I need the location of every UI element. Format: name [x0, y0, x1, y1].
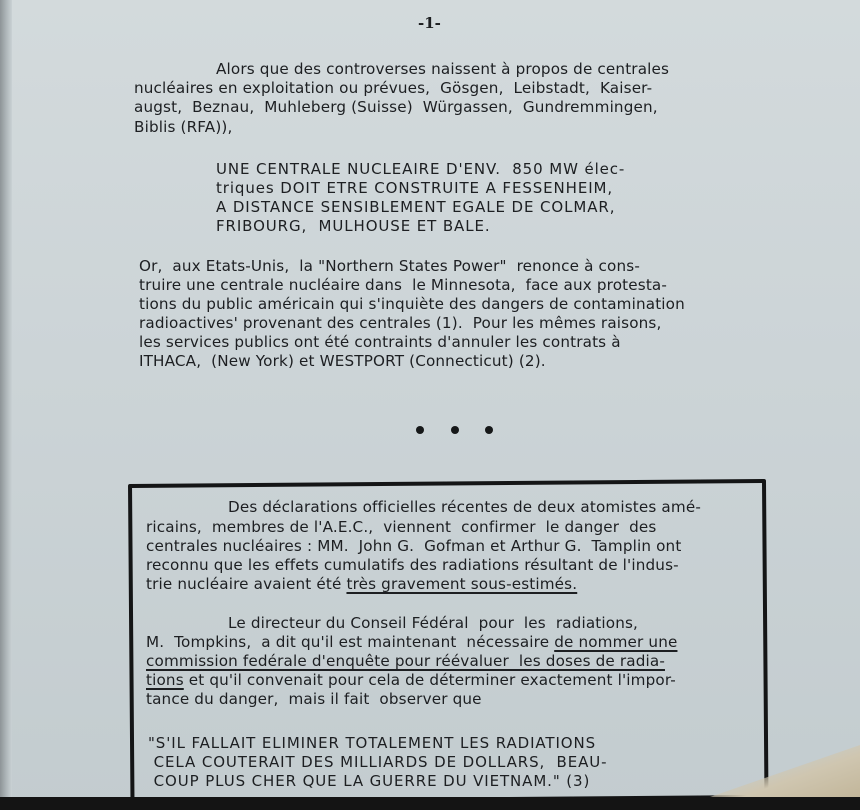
box-line-text: trie nucléaire avaient été [146, 575, 346, 593]
us-line: ITHACA, (New York) et WESTPORT (Connecti… [139, 352, 546, 370]
box-line: reconnu que les effets cumulatifs des ra… [146, 556, 679, 574]
headline-line: FRIBOURG, MULHOUSE ET BALE. [216, 217, 491, 235]
box-line: Des déclarations officielles récentes de… [228, 498, 701, 516]
page-edge-shadow [0, 0, 12, 810]
us-line: radioactives' provenant des centrales (1… [139, 314, 661, 332]
intro-line: Biblis (RFA)), [134, 118, 232, 136]
box-line: M. Tompkins, a dit qu'il est maintenant … [146, 633, 677, 651]
quote-line: COUP PLUS CHER QUE LA GUERRE DU VIETNAM.… [148, 772, 590, 790]
us-line: truire une centrale nucléaire dans le Mi… [139, 276, 667, 294]
box-line: centrales nucléaires : MM. John G. Gofma… [146, 537, 681, 555]
intro-line: nucléaires en exploitation ou prévues, G… [134, 79, 652, 97]
box-line: trie nucléaire avaient été très gravemen… [146, 575, 577, 593]
separator-dot [485, 426, 493, 434]
box-line: tance du danger, mais il fait observer q… [146, 690, 482, 708]
dark-background-band [0, 797, 860, 810]
box-line: tions et qu'il convenait pour cela de dé… [146, 671, 676, 689]
box-line-text: et qu'il convenait pour cela de détermin… [184, 671, 676, 689]
quote-line: CELA COUTERAIT DES MILLIARDS DE DOLLARS,… [148, 753, 607, 771]
us-line: les services publics ont été contraints … [139, 333, 621, 351]
separator-dot [416, 426, 424, 434]
underlined-emphasis: tions [146, 671, 184, 689]
box-line: Le directeur du Conseil Fédéral pour les… [228, 614, 638, 632]
quote-line: "S'IL FALLAIT ELIMINER TOTALEMENT LES RA… [148, 734, 596, 752]
us-line: Or, aux Etats-Unis, la "Northern States … [139, 257, 640, 275]
page-number: -1- [418, 14, 441, 32]
scanned-page: -1- Alors que des controverses naissent … [0, 0, 860, 810]
underlined-emphasis: commission fedérale d'enquête pour rééva… [146, 652, 665, 670]
intro-line: Alors que des controverses naissent à pr… [216, 60, 669, 78]
separator-dot [451, 426, 459, 434]
headline-line: UNE CENTRALE NUCLEAIRE D'ENV. 850 MW éle… [216, 160, 625, 178]
headline-line: A DISTANCE SENSIBLEMENT EGALE DE COLMAR, [216, 198, 615, 216]
box-line-text: M. Tompkins, a dit qu'il est maintenant … [146, 633, 554, 651]
section-separator [0, 426, 860, 436]
underlined-emphasis: très gravement sous-estimés. [346, 575, 577, 593]
intro-line: augst, Beznau, Muhleberg (Suisse) Würgas… [134, 98, 658, 116]
underlined-emphasis: de nommer une [554, 633, 677, 651]
headline-line: triques DOIT ETRE CONSTRUITE A FESSENHEI… [216, 179, 613, 197]
us-line: tions du public américain qui s'inquiète… [139, 295, 685, 313]
box-line: ricains, membres de l'A.E.C., viennent c… [146, 518, 656, 536]
